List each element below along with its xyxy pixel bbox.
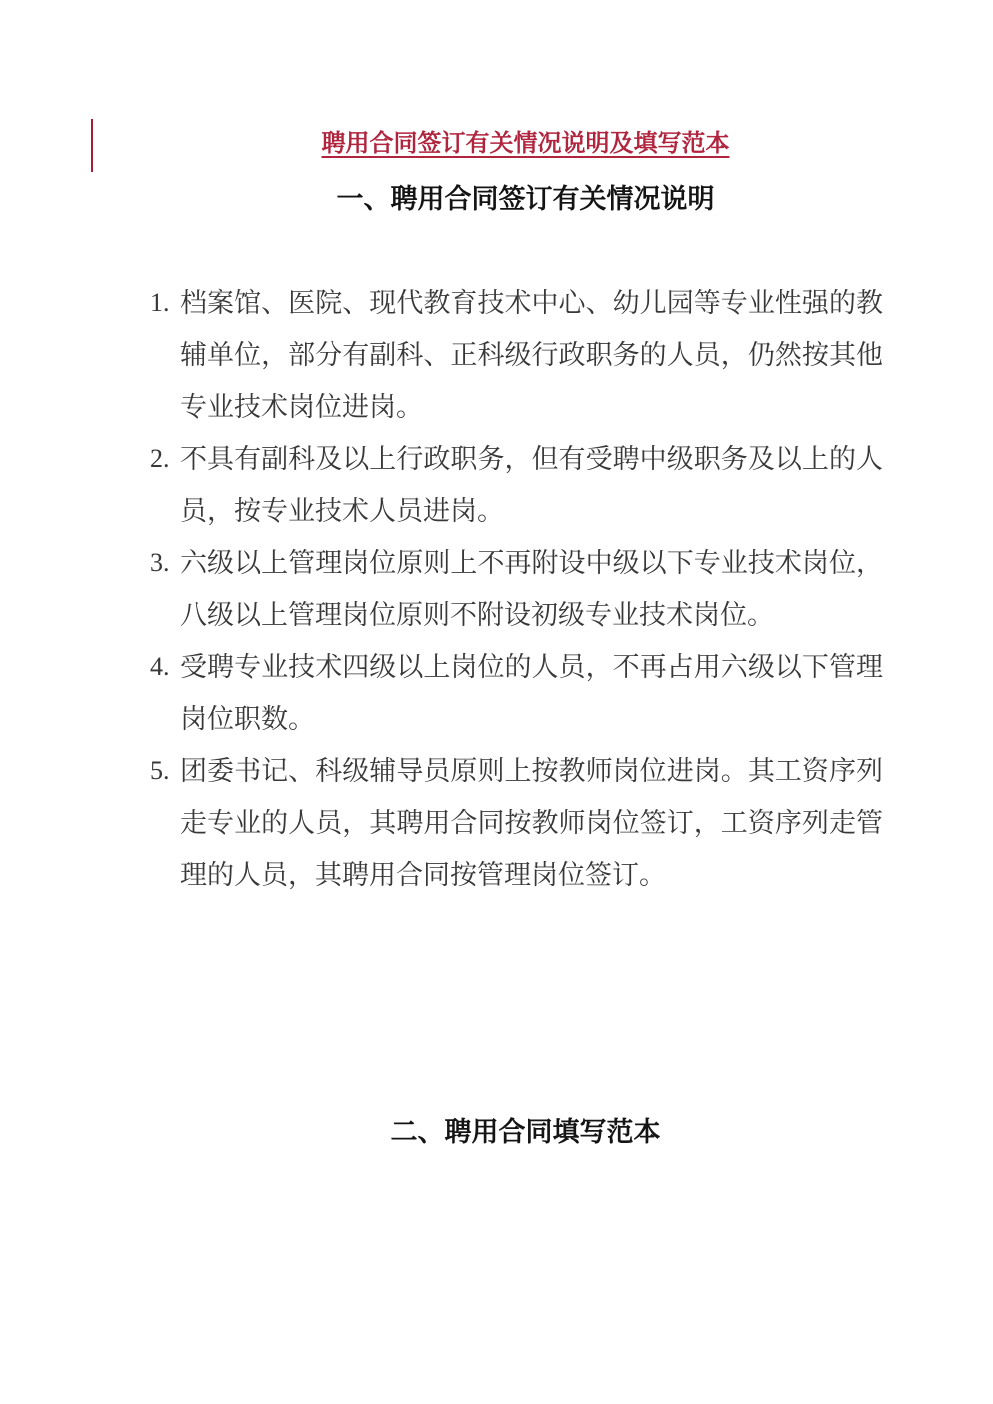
list-item: 2. 不具有副科及以上行政职务，但有受聘中级职务及以上的人员，按专业技术人员进岗… bbox=[150, 433, 883, 537]
document-title: 聘用合同签订有关情况说明及填写范本 bbox=[168, 127, 883, 161]
list-item-number: 1. bbox=[150, 277, 180, 329]
list-item-text: 不具有副科及以上行政职务，但有受聘中级职务及以上的人员，按专业技术人员进岗。 bbox=[180, 433, 883, 537]
list-item-text: 团委书记、科级辅导员原则上按教师岗位进岗。其工资序列走专业的人员，其聘用合同按教… bbox=[180, 745, 883, 901]
document-page: 聘用合同签订有关情况说明及填写范本 一、聘用合同签订有关情况说明 1. 档案馆、… bbox=[0, 0, 993, 1404]
list-item: 1. 档案馆、医院、现代教育技术中心、幼儿园等专业性强的教辅单位，部分有副科、正… bbox=[150, 277, 883, 433]
list-item: 5. 团委书记、科级辅导员原则上按教师岗位进岗。其工资序列走专业的人员，其聘用合… bbox=[150, 745, 883, 901]
list-item-number: 5. bbox=[150, 745, 180, 797]
list-item-text: 六级以上管理岗位原则上不再附设中级以下专业技术岗位，八级以上管理岗位原则不附设初… bbox=[180, 537, 883, 641]
document-title-text: 聘用合同签订有关情况说明及填写范本 bbox=[322, 131, 730, 157]
revision-change-bar bbox=[91, 119, 93, 172]
section-two-heading: 二、聘用合同填写范本 bbox=[168, 1114, 883, 1150]
list-item-number: 3. bbox=[150, 537, 180, 589]
list-item-number: 4. bbox=[150, 641, 180, 693]
list-item-text: 受聘专业技术四级以上岗位的人员，不再占用六级以下管理岗位职数。 bbox=[180, 641, 883, 745]
list-item: 4. 受聘专业技术四级以上岗位的人员，不再占用六级以下管理岗位职数。 bbox=[150, 641, 883, 745]
section-one-heading: 一、聘用合同签订有关情况说明 bbox=[168, 181, 883, 217]
section-one-list: 1. 档案馆、医院、现代教育技术中心、幼儿园等专业性强的教辅单位，部分有副科、正… bbox=[150, 277, 883, 901]
list-item-text: 档案馆、医院、现代教育技术中心、幼儿园等专业性强的教辅单位，部分有副科、正科级行… bbox=[180, 277, 883, 433]
list-item-number: 2. bbox=[150, 433, 180, 485]
list-item: 3. 六级以上管理岗位原则上不再附设中级以下专业技术岗位，八级以上管理岗位原则不… bbox=[150, 537, 883, 641]
